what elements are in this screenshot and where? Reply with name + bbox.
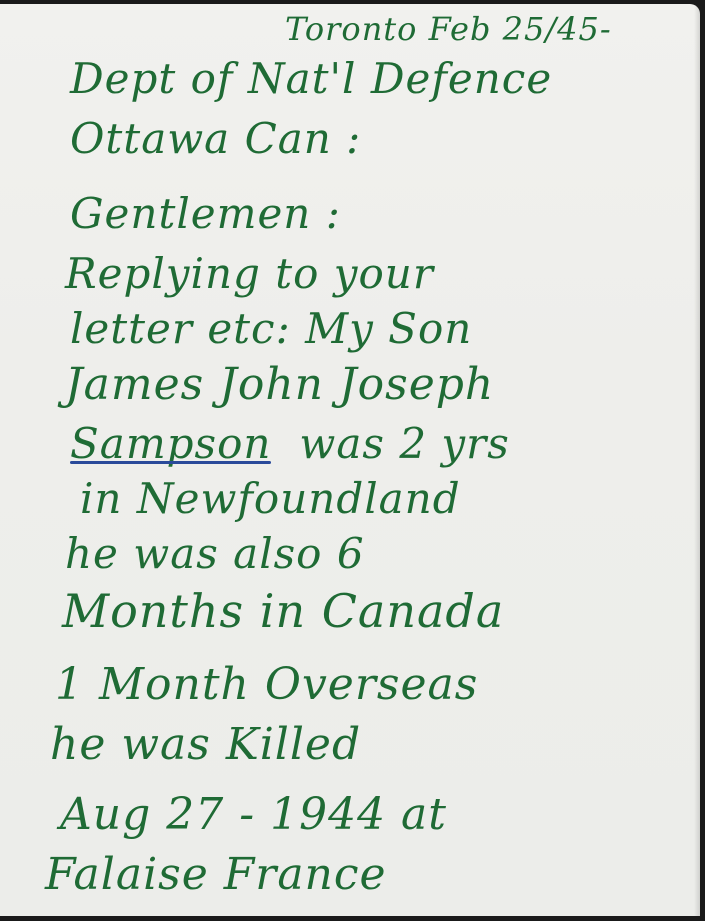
underlined-surname: Sampson (70, 419, 271, 468)
addressee-line-2: Ottawa Can : (70, 114, 361, 163)
blue-underline (70, 461, 271, 464)
body-line: Months in Canada (62, 584, 504, 638)
body-line: James John Joseph (65, 359, 494, 410)
body-line: Aug 27 - 1944 at (60, 789, 447, 840)
body-line: letter etc: My Son (70, 304, 472, 353)
body-line: he was Killed (50, 719, 361, 770)
body-line-rest: was 2 yrs (299, 419, 509, 468)
salutation: Gentlemen : (70, 189, 341, 238)
addressee-line-1: Dept of Nat'l Defence (70, 54, 552, 103)
body-line-surname: Sampson was 2 yrs (70, 419, 510, 468)
date-line: Toronto Feb 25/45- (285, 10, 612, 48)
letter-page: Toronto Feb 25/45- Dept of Nat'l Defence… (0, 4, 700, 916)
body-line: Falaise France (45, 849, 387, 900)
body-line: Replying to your (65, 249, 434, 298)
body-line: 1 Month Overseas (55, 659, 478, 710)
body-line: in Newfoundland (80, 474, 461, 523)
body-line: he was also 6 (65, 529, 365, 578)
